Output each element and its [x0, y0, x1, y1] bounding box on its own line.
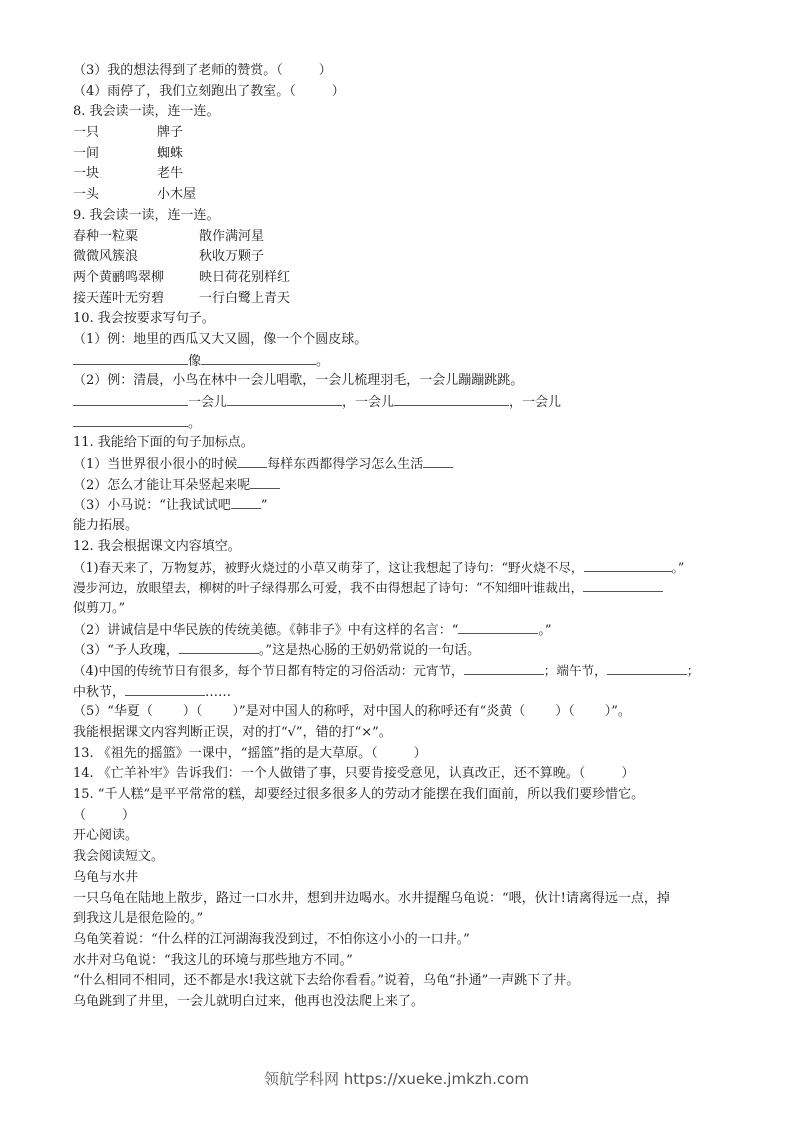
q11-s1: （1）当世界很小很小的时候每样东西都得学习怎么生活	[73, 454, 728, 475]
answer-blank[interactable]	[73, 392, 188, 406]
q9-row: 接天莲叶无穷碧一行白鹭上青天	[73, 289, 728, 310]
q9-row: 微微风簇浪秋收万颗子	[73, 247, 728, 268]
q12-title: 12. 我会根据课文内容填空。	[73, 537, 728, 558]
q12-p1: （1)春天来了，万物复苏，被野火烧过的小草又萌芽了，这让我想起了诗句：“野火烧不…	[73, 558, 728, 579]
q11-title: 11. 我能给下面的句子加标点。	[73, 433, 728, 454]
q15-paren: （）	[73, 806, 728, 827]
q12-p4-cont: 中秋节，……	[73, 682, 728, 703]
q10-answer-2-cont: 。	[73, 413, 728, 434]
section-ability: 能力拓展。	[73, 516, 728, 537]
answer-blank[interactable]	[179, 640, 259, 654]
answer-blank[interactable]	[73, 413, 188, 427]
reading-paragraph: 到我这儿是很危险的。”	[73, 909, 728, 930]
answer-blank[interactable]	[237, 454, 267, 468]
q12-p1-cont: 漫步河边，放眼望去，柳树的叶子绿得那么可爱，我不由得想起了诗句：“不知细叶谁裁出…	[73, 578, 728, 599]
answer-blank[interactable]	[584, 558, 672, 572]
reading-subtitle: 我会阅读短文。	[73, 847, 728, 868]
q7-item-4: （4）雨停了，我们立刻跑出了教室。（）	[73, 82, 728, 103]
q9-row: 两个黄鹂鸣翠柳映日荷花别样红	[73, 268, 728, 289]
answer-blank[interactable]	[423, 454, 453, 468]
q14: 14. 《亡羊补牢》告诉我们：一个人做错了事，只要肯接受意见，认真改正，还不算晚…	[73, 764, 728, 785]
judge-title: 我能根据课文内容判断正误，对的打“√”，错的打“×”。	[73, 723, 728, 744]
reading-paragraph: 水井对乌龟说：“我这儿的环境与那些地方不同。”	[73, 951, 728, 972]
q8-row: 一只牌子	[73, 123, 728, 144]
answer-blank[interactable]	[458, 620, 538, 634]
q10-example-1: （1）例：地里的西瓜又大又圆，像一个个圆皮球。	[73, 330, 728, 351]
q10-answer-2: 一会儿，一会儿，一会儿	[73, 392, 728, 413]
answer-blank[interactable]	[231, 495, 261, 509]
worksheet-page: （3）我的想法得到了老师的赞赏。（） （4）雨停了，我们立刻跑出了教室。（） 8…	[73, 61, 728, 1013]
answer-blank[interactable]	[583, 578, 663, 592]
answer-blank[interactable]	[250, 475, 280, 489]
answer-blank[interactable]	[125, 682, 205, 696]
q9-title: 9. 我会读一读，连一连。	[73, 206, 728, 227]
reading-section: 开心阅读。	[73, 826, 728, 847]
q12-p5: （5）“华夏（）（）”是对中国人的称呼，对中国人的称呼还有“炎黄（）（）”。	[73, 702, 728, 723]
reading-paragraph: 乌龟笑着说：“什么样的江河湖海我没到过，不怕你这小小的一口井。”	[73, 930, 728, 951]
q9-row: 春种一粒粟散作满河星	[73, 227, 728, 248]
q12-p3: （3）“予人玫瑰，。”这是热心肠的王奶奶常说的一句话。	[73, 640, 728, 661]
reading-title: 乌龟与水井	[73, 868, 728, 889]
q10-title: 10. 我会按要求写句子。	[73, 309, 728, 330]
q8-row: 一头小木屋	[73, 185, 728, 206]
q10-example-2: （2）例：清晨，小鸟在林中一会儿唱歌，一会儿梳理羽毛，一会儿蹦蹦跳跳。	[73, 371, 728, 392]
answer-blank[interactable]	[464, 661, 544, 675]
q7-item-3: （3）我的想法得到了老师的赞赏。（）	[73, 61, 728, 82]
answer-blank[interactable]	[227, 392, 342, 406]
answer-blank[interactable]	[73, 351, 188, 365]
reading-paragraph: “什么相同不相同，还不都是水!我这就下去给你看看。”说着，乌龟“扑通”一声跳下了…	[73, 971, 728, 992]
footer-watermark: 领航学科网 https://xueke.jmkzh.com	[0, 1068, 793, 1089]
q8-row: 一间蜘蛛	[73, 144, 728, 165]
reading-paragraph: 乌龟跳到了井里，一会儿就明白过来，他再也没法爬上来了。	[73, 992, 728, 1013]
q11-s3: （3）小马说：“让我试试吧”	[73, 495, 728, 516]
q12-p4: （4)中国的传统节日有很多，每个节日都有特定的习俗活动：元宵节，；端午节，；	[73, 661, 728, 682]
answer-blank[interactable]	[394, 392, 509, 406]
reading-paragraph: 一只乌龟在陆地上散步，路过一口水井，想到井边喝水。水井提醒乌龟说：“喂，伙计!请…	[73, 889, 728, 910]
q8-title: 8. 我会读一读，连一连。	[73, 102, 728, 123]
q12-p2: （2）讲诚信是中华民族的传统美德。《韩非子》中有这样的名言：“。”	[73, 620, 728, 641]
q15: 15. “千人糕”是平平常常的糕，却要经过很多很多人的劳动才能摆在我们面前，所以…	[73, 785, 728, 806]
answer-blank[interactable]	[607, 661, 687, 675]
q12-p1-end: 似剪刀。”	[73, 599, 728, 620]
q11-s2: （2）怎么才能让耳朵竖起来呢	[73, 475, 728, 496]
q13: 13. 《祖先的摇篮》一课中，“摇篮”指的是大草原。（）	[73, 744, 728, 765]
q8-row: 一块老牛	[73, 164, 728, 185]
answer-blank[interactable]	[201, 351, 316, 365]
q10-answer-1: 像。	[73, 351, 728, 372]
